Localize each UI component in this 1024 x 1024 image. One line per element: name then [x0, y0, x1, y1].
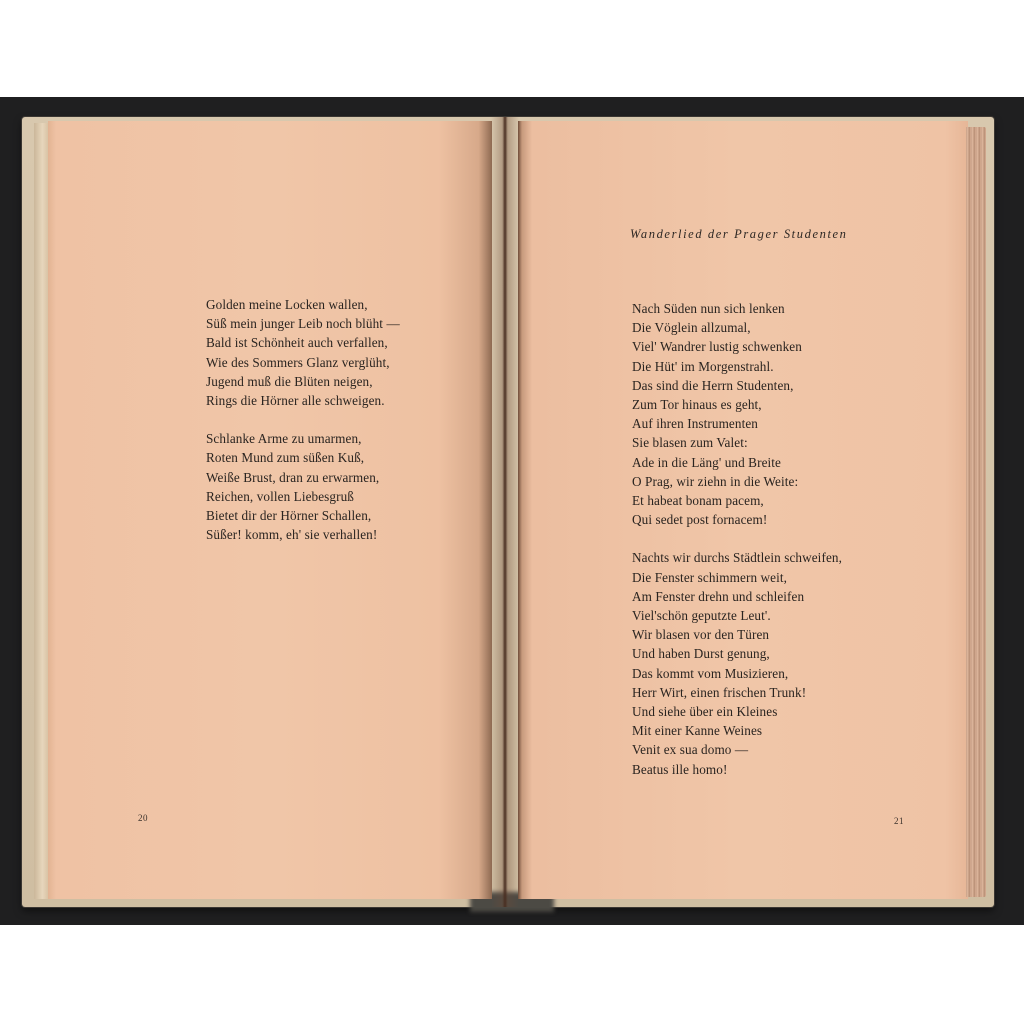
verse-line: Das kommt vom Musizieren,: [632, 664, 842, 683]
verse-line: Und haben Durst genung,: [632, 644, 842, 663]
verse-line: Bald ist Schönheit auch verfallen,: [206, 333, 400, 352]
verse-line: Reichen, vollen Liebesgruß: [206, 487, 400, 506]
verse-line: Golden meine Locken wallen,: [206, 295, 400, 314]
verse-line: O Prag, wir ziehn in die Weite:: [632, 472, 842, 491]
verse-line: Viel'schön geputzte Leut'.: [632, 606, 842, 625]
right-page: Wanderlied der Prager Studenten Nach Süd…: [518, 121, 968, 899]
poem-left: Golden meine Locken wallen, Süß mein jun…: [206, 295, 400, 544]
verse-line: Auf ihren Instrumenten: [632, 414, 842, 433]
verse-line: Weiße Brust, dran zu erwarmen,: [206, 468, 400, 487]
verse-line: Rings die Hörner alle schweigen.: [206, 391, 400, 410]
verse-line: Wir blasen vor den Türen: [632, 625, 842, 644]
stanza-break: [632, 529, 842, 548]
stanza: Schlanke Arme zu umarmen, Roten Mund zum…: [206, 429, 400, 544]
verse-line: Zum Tor hinaus es geht,: [632, 395, 842, 414]
verse-line: Viel' Wandrer lustig schwenken: [632, 337, 842, 356]
verse-line: Schlanke Arme zu umarmen,: [206, 429, 400, 448]
verse-line: Nach Süden nun sich lenken: [632, 299, 842, 318]
verse-line: Am Fenster drehn und schleifen: [632, 587, 842, 606]
stanza: Nachts wir durchs Städtlein schweifen, D…: [632, 548, 842, 778]
verse-line: Roten Mund zum süßen Kuß,: [206, 448, 400, 467]
verse-line: Venit ex sua domo —: [632, 740, 842, 759]
verse-line: Bietet dir der Hörner Schallen,: [206, 506, 400, 525]
verse-line: Und siehe über ein Kleines: [632, 702, 842, 721]
verse-line: Qui sedet post fornacem!: [632, 510, 842, 529]
verse-line: Die Vöglein allzumal,: [632, 318, 842, 337]
verse-line: Beatus ille homo!: [632, 760, 842, 779]
poem-right: Nach Süden nun sich lenken Die Vöglein a…: [632, 299, 842, 779]
verse-line: Das sind die Herrn Studenten,: [632, 376, 842, 395]
verse-line: Nachts wir durchs Städtlein schweifen,: [632, 548, 842, 567]
verse-line: Herr Wirt, einen frischen Trunk!: [632, 683, 842, 702]
verse-line: Die Hüt' im Morgenstrahl.: [632, 357, 842, 376]
verse-line: Wie des Sommers Glanz verglüht,: [206, 353, 400, 372]
verse-line: Süß mein junger Leib noch blüht —: [206, 314, 400, 333]
page-number-right: 21: [894, 816, 904, 826]
page-block-edges: [966, 127, 986, 897]
verse-line: Ade in die Läng' und Breite: [632, 453, 842, 472]
verse-line: Süßer! komm, eh' sie verhallen!: [206, 525, 400, 544]
stanza: Nach Süden nun sich lenken Die Vöglein a…: [632, 299, 842, 529]
verse-line: Jugend muß die Blüten neigen,: [206, 372, 400, 391]
verse-line: Mit einer Kanne Weines: [632, 721, 842, 740]
running-head-title: Wanderlied der Prager Studenten: [630, 227, 848, 242]
page-number-left: 20: [138, 813, 148, 823]
verse-line: Et habeat bonam pacem,: [632, 491, 842, 510]
left-page: Golden meine Locken wallen, Süß mein jun…: [48, 121, 492, 899]
photo-background: Golden meine Locken wallen, Süß mein jun…: [0, 97, 1024, 925]
cover-edge-left: [34, 123, 48, 899]
verse-line: Sie blasen zum Valet:: [632, 433, 842, 452]
verse-line: Die Fenster schimmern weit,: [632, 568, 842, 587]
book-gutter: [491, 117, 519, 907]
stanza-break: [206, 410, 400, 429]
stanza: Golden meine Locken wallen, Süß mein jun…: [206, 295, 400, 410]
